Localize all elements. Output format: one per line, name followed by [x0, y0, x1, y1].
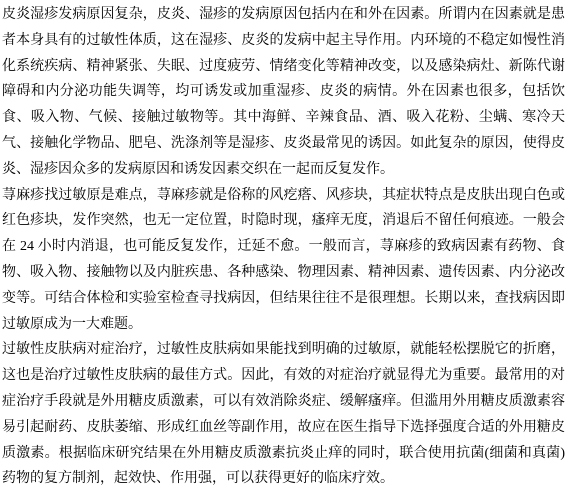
- paragraph-dermatitis-eczema-causes: 皮炎湿疹发病原因复杂，皮炎、湿疹的发病原因包括内在和外在因素。所谓内在因素就是患…: [2, 2, 565, 183]
- paragraph-allergic-skin-disease-treatment: 过敏性皮肤病对症治疗，过敏性皮肤病如果能找到明确的过敏原，就能轻松摆脱它的折磨，…: [2, 337, 565, 491]
- document-page: 皮炎湿疹发病原因复杂，皮炎、湿疹的发病原因包括内在和外在因素。所谓内在因素就是患…: [0, 0, 567, 491]
- paragraph-urticaria-allergen-difficulty: 荨麻疹找过敏原是难点，荨麻疹就是俗称的风疙瘩、风疹块，其症状特点是皮肤出现白色或…: [2, 183, 565, 338]
